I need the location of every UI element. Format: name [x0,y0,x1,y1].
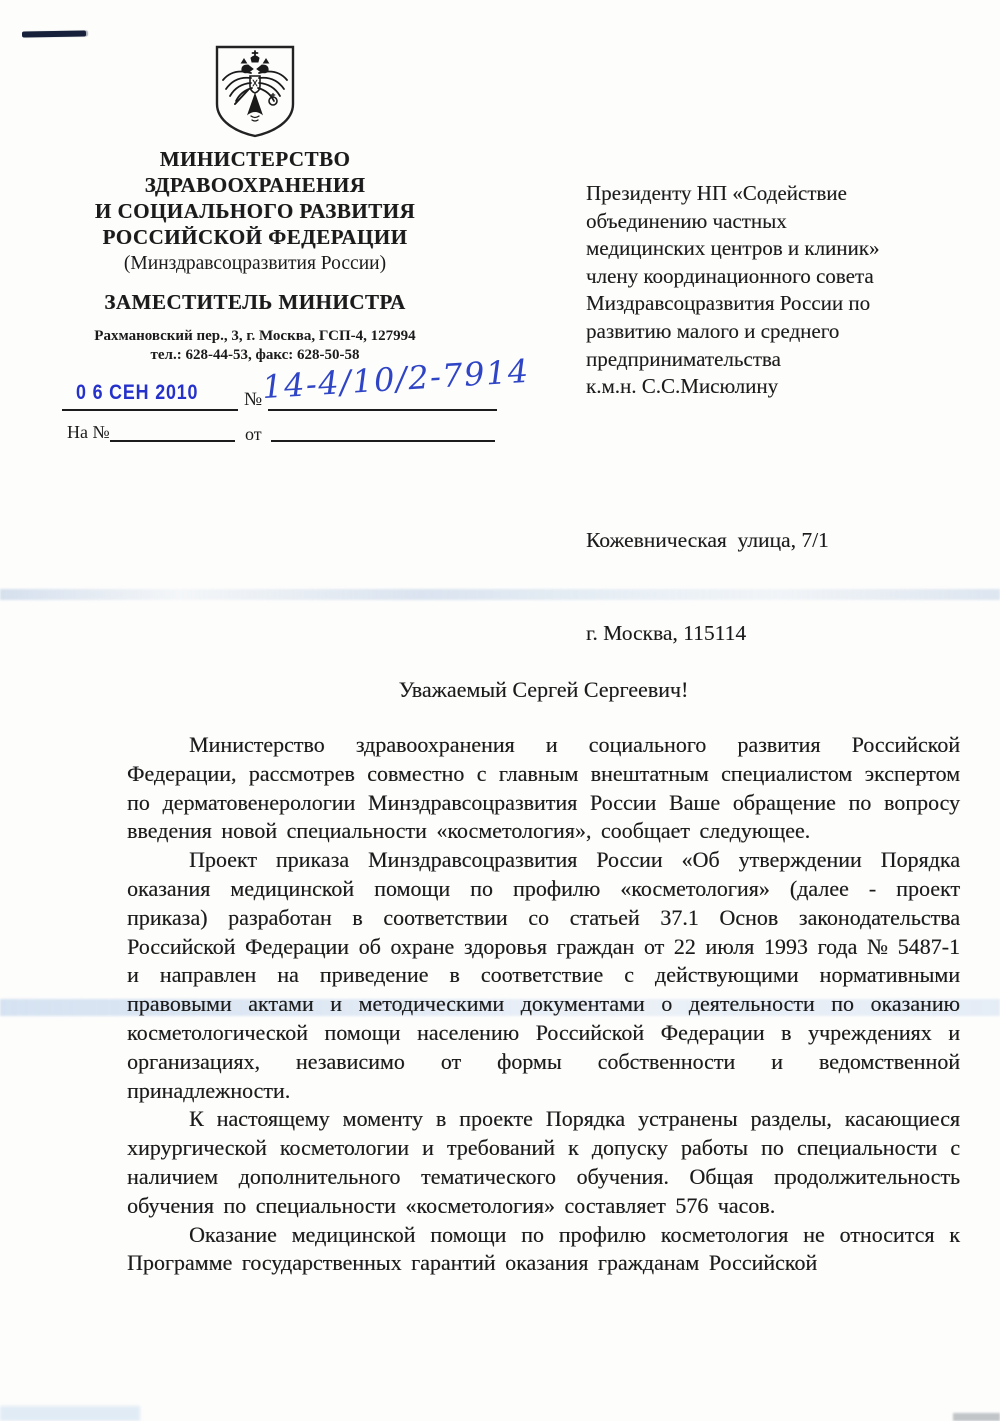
incoming-number-label: На № [67,422,110,443]
addressee-block: Президенту НП «Содействие объединению ча… [586,180,976,401]
addressee-line: развитию малого и среднего [586,318,976,346]
ministry-name-line: И СОЦИАЛЬНОГО РАЗВИТИЯ [53,198,457,224]
ministry-name-line: ЗДРАВООХРАНЕНИЯ [53,172,457,198]
ministry-name-line: РОССИЙСКОЙ ФЕДЕРАЦИИ [53,224,457,250]
scanned-letter-page: МИНИСТЕРСТВО ЗДРАВООХРАНЕНИЯ И СОЦИАЛЬНО… [0,0,1000,1421]
addressee-line: Миздравсоцразвития России по [586,290,976,318]
letter-body: Министерство здравоохранения и социально… [127,731,960,1278]
body-paragraph: Оказание медицинской помощи по профилю к… [127,1221,960,1279]
number-label: № [244,389,262,411]
addressee-line: Президенту НП «Содействие [586,180,976,208]
incoming-date-underline [271,440,495,442]
body-paragraph: Министерство здравоохранения и социально… [127,731,960,846]
scan-artifact-bottom-left [0,1406,140,1421]
scan-artifact-bar [22,30,86,37]
ministry-short-name: (Минздравсоцразвития России) [53,251,457,276]
addressee-line: предпринимательства [586,346,976,374]
addressee-line: медицинских центров и клиник» [586,235,976,263]
date-underline [62,409,238,411]
body-paragraph: Проект приказа Минздравсоцразвития Росси… [127,846,960,1105]
addressee-line: члену координационного совета [586,263,976,291]
ministry-name-line: МИНИСТЕРСТВО [53,146,457,172]
addressee-line: объединению частных [586,208,976,236]
office-address-line: Рахмановский пер., 3, г. Москва, ГСП-4, … [53,327,457,346]
salutation: Уважаемый Сергей Сергеевич! [127,677,960,703]
addressee-line: к.м.н. С.С.Мисюлину [586,373,976,401]
coat-of-arms-icon [211,44,299,138]
addressee-street-line: Кожевническая улица, 7/1 [586,525,976,556]
body-paragraph: К настоящему моменту в проекте Порядка у… [127,1105,960,1220]
addressee-postal-address: Кожевническая улица, 7/1 г. Москва, 1151… [586,463,976,711]
incoming-date-label: от [245,424,262,445]
date-stamp: 0 6 СЕН 2010 [76,381,198,405]
incoming-number-underline [110,440,235,442]
addressee-city-line: г. Москва, 115114 [586,618,976,649]
sender-position-title: ЗАМЕСТИТЕЛЬ МИНИСТРА [53,290,457,315]
number-underline [268,409,497,411]
scan-artifact-bottom-right [953,1413,1000,1421]
ministry-header-block: МИНИСТЕРСТВО ЗДРАВООХРАНЕНИЯ И СОЦИАЛЬНО… [53,146,457,276]
